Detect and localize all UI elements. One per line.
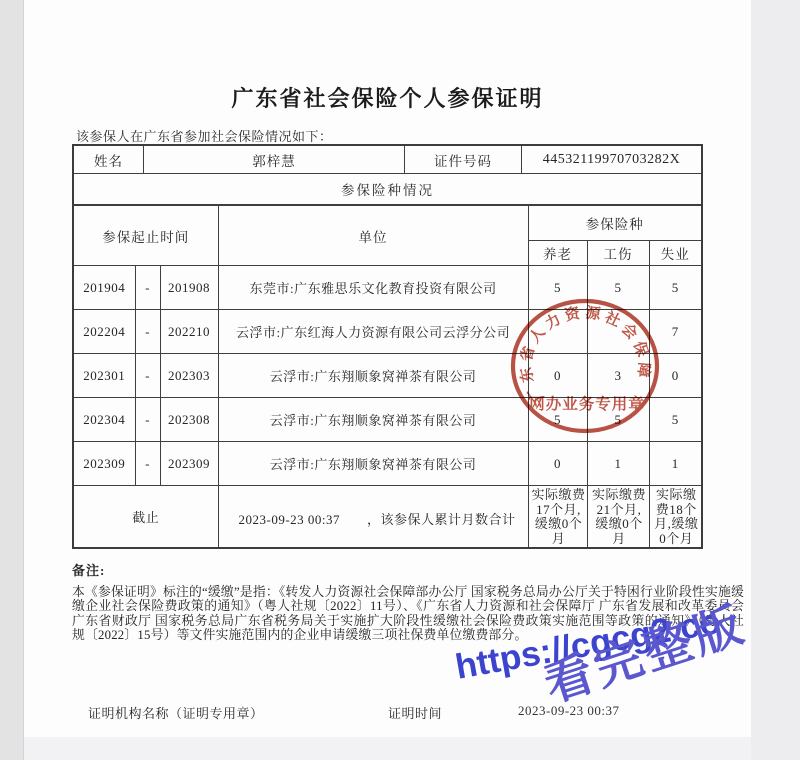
- table-row: 202301 - 202303 云浮市:广东翔顺象窝禅茶有限公司 0 3 0: [74, 354, 701, 398]
- unemployment-summary-cell: 实际缴费18个月,缓缴0个月: [649, 486, 701, 547]
- bottom-margin-strip: [24, 737, 751, 760]
- pension-cell: [528, 310, 587, 354]
- dash-cell: -: [135, 442, 160, 486]
- id-value: 44532119970703282X: [522, 146, 701, 173]
- injury-cell: 5: [587, 398, 649, 442]
- end-date-cell: 202309: [160, 442, 218, 486]
- insurance-table: 姓名 郭梓慧 证件号码 44532119970703282X 参保险种情况 参保…: [72, 144, 703, 549]
- header-row-top: 参保起止时间 单位 参保险种: [74, 206, 701, 241]
- summary-row: 截止 2023-09-23 00:37 ，该参保人累计月数合计 实际缴费17个月…: [74, 486, 701, 547]
- dash-cell: -: [135, 354, 160, 398]
- left-margin-strip: [0, 0, 24, 760]
- intro-text: 该参保人在广东省参加社会保险情况如下：: [76, 126, 333, 145]
- pension-cell: 0: [528, 354, 587, 398]
- dash-cell: -: [135, 398, 160, 442]
- issue-time-label: 证明时间: [388, 703, 442, 722]
- injury-cell: [587, 310, 649, 354]
- unemployment-cell: 0: [649, 354, 701, 398]
- pension-cell: 0: [528, 442, 587, 486]
- col-header-time: 参保起止时间: [74, 206, 218, 266]
- col-header-pension: 养老: [528, 241, 587, 266]
- start-date-cell: 202304: [74, 398, 135, 442]
- table-row: 202304 - 202308 云浮市:广东翔顺象窝禅茶有限公司 5 5 5: [74, 398, 701, 442]
- injury-summary-cell: 实际缴费21个月,缓缴0个月: [587, 486, 649, 547]
- injury-cell: 1: [587, 442, 649, 486]
- table-row: 202204 - 202210 云浮市:广东红海人力资源有限公司云浮分公司 7: [74, 310, 701, 354]
- unemployment-cell: 5: [649, 398, 701, 442]
- start-date-cell: 201904: [74, 266, 135, 310]
- table-row: 201904 - 201908 东莞市:广东雅思乐文化教育投资有限公司 5 5 …: [74, 266, 701, 310]
- company-cell: 云浮市:广东翔顺象窝禅茶有限公司: [218, 354, 528, 398]
- dash-cell: -: [135, 266, 160, 310]
- remarks-label: 备注:: [72, 560, 744, 579]
- end-date-cell: 202210: [160, 310, 218, 354]
- col-header-types: 参保险种: [528, 206, 701, 241]
- insurance-grid: 参保起止时间 单位 参保险种 养老 工伤 失业 201904 - 201908 …: [74, 205, 701, 547]
- id-label: 证件号码: [405, 146, 522, 173]
- col-header-unemployment: 失业: [649, 241, 701, 266]
- col-header-unit: 单位: [218, 206, 528, 266]
- company-cell: 云浮市:广东红海人力资源有限公司云浮分公司: [218, 310, 528, 354]
- start-date-cell: 202309: [74, 442, 135, 486]
- start-date-cell: 202204: [74, 310, 135, 354]
- end-date-cell: 202308: [160, 398, 218, 442]
- end-date-cell: 202303: [160, 354, 218, 398]
- right-margin-strip: [751, 0, 800, 760]
- summary-label: 截止: [74, 486, 218, 547]
- name-label: 姓名: [74, 146, 144, 173]
- end-date-cell: 201908: [160, 266, 218, 310]
- certificate-page: 广东省社会保险个人参保证明 该参保人在广东省参加社会保险情况如下： 姓名 郭梓慧…: [0, 0, 800, 760]
- company-cell: 云浮市:广东翔顺象窝禅茶有限公司: [218, 398, 528, 442]
- pension-summary-cell: 实际缴费17个月,缓缴0个月: [528, 486, 587, 547]
- section-title: 参保险种情况: [74, 174, 701, 205]
- unemployment-cell: 1: [649, 442, 701, 486]
- col-header-injury: 工伤: [587, 241, 649, 266]
- injury-cell: 3: [587, 354, 649, 398]
- name-value: 郭梓慧: [144, 146, 405, 173]
- injury-cell: 5: [587, 266, 649, 310]
- unemployment-cell: 5: [649, 266, 701, 310]
- pension-cell: 5: [528, 266, 587, 310]
- pension-cell: 5: [528, 398, 587, 442]
- start-date-cell: 202301: [74, 354, 135, 398]
- table-row: 202309 - 202309 云浮市:广东翔顺象窝禅茶有限公司 0 1 1: [74, 442, 701, 486]
- issuer-label: 证明机构名称（证明专用章）: [88, 703, 264, 722]
- company-cell: 东莞市:广东雅思乐文化教育投资有限公司: [218, 266, 528, 310]
- page-title: 广东省社会保险个人参保证明: [24, 82, 751, 113]
- company-cell: 云浮市:广东翔顺象窝禅茶有限公司: [218, 442, 528, 486]
- dash-cell: -: [135, 310, 160, 354]
- name-id-row: 姓名 郭梓慧 证件号码 44532119970703282X: [74, 146, 701, 174]
- summary-text: 2023-09-23 00:37 ，该参保人累计月数合计: [218, 486, 528, 547]
- unemployment-cell: 7: [649, 310, 701, 354]
